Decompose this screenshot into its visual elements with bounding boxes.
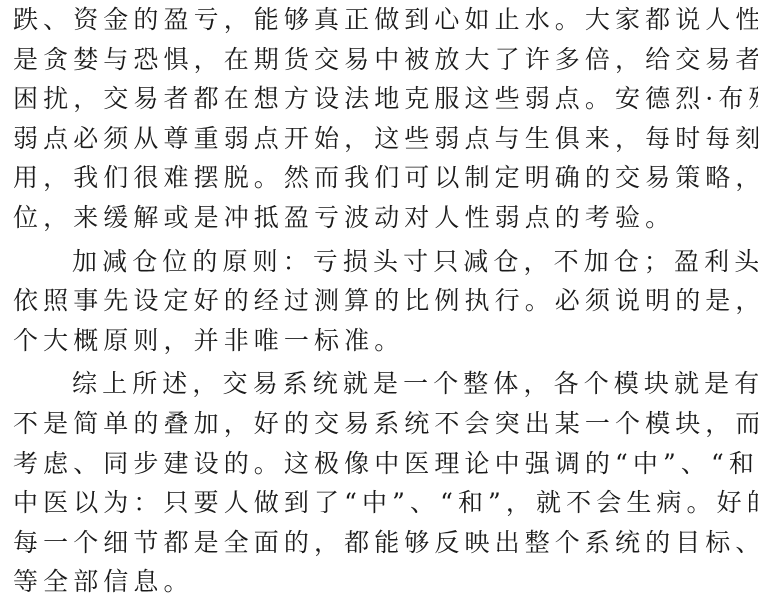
paragraph-risk-control: 跌、资金的盈亏，能够真正做到心如止水。大家都说人性的两大弱点 是贪婪与恐惧，在期… [13,0,737,238]
paragraph-position-sizing-principle: 加减仓位的原则：亏损头寸只减仓，不加仓；盈利头寸加仓必须 依照事先设定好的经过测… [13,242,737,361]
text-line: 加减仓位的原则：亏损头寸只减仓，不加仓；盈利头寸加仓必须 [13,242,737,282]
text-line: 考虑、同步建设的。这极像中医理论中强调的“中”、“和”的思想， [13,444,737,484]
text-line: 跌、资金的盈亏，能够真正做到心如止水。大家都说人性的两大弱点 [13,0,737,40]
text-line: 弱点必须从尊重弱点开始，这些弱点与生俱来，每时每刻都会发挥作 [13,119,737,159]
text-line: 依照事先设定好的经过测算的比例执行。必须说明的是，这仅仅是一 [13,281,737,321]
paragraph-summary: 综上所述，交易系统就是一个整体，各个模块就是有机组合，并 不是简单的叠加，好的交… [13,364,737,602]
text-line: 综上所述，交易系统就是一个整体，各个模块就是有机组合，并 [13,364,737,404]
text-line: 用，我们很难摆脱。然而我们可以制定明确的交易策略，经过加减仓 [13,158,737,198]
text-line: 每一个细节都是全面的，都能够反映出整个系统的目标、原则、技巧 [13,523,737,563]
text-line: 中医以为：只要人做到了“中”、“和”，就不会生病。好的交易系统的 [13,483,737,523]
text-line: 个大概原则，并非唯一标准。 [13,321,737,361]
text-line: 等全部信息。 [13,562,737,602]
text-line: 困扰，交易者都在想方设法地克服这些弱点。安德烈·布殊认为，克服 [13,79,737,119]
document-page: 跌、资金的盈亏，能够真正做到心如止水。大家都说人性的两大弱点 是贪婪与恐惧，在期… [13,0,737,602]
text-line: 位，来缓解或是冲抵盈亏波动对人性弱点的考验。 [13,198,737,238]
text-line: 不是简单的叠加，好的交易系统不会突出某一个模块，而是通盘进行 [13,404,737,444]
text-line: 是贪婪与恐惧，在期货交易中被放大了许多倍，给交易者造成大量的 [13,40,737,80]
